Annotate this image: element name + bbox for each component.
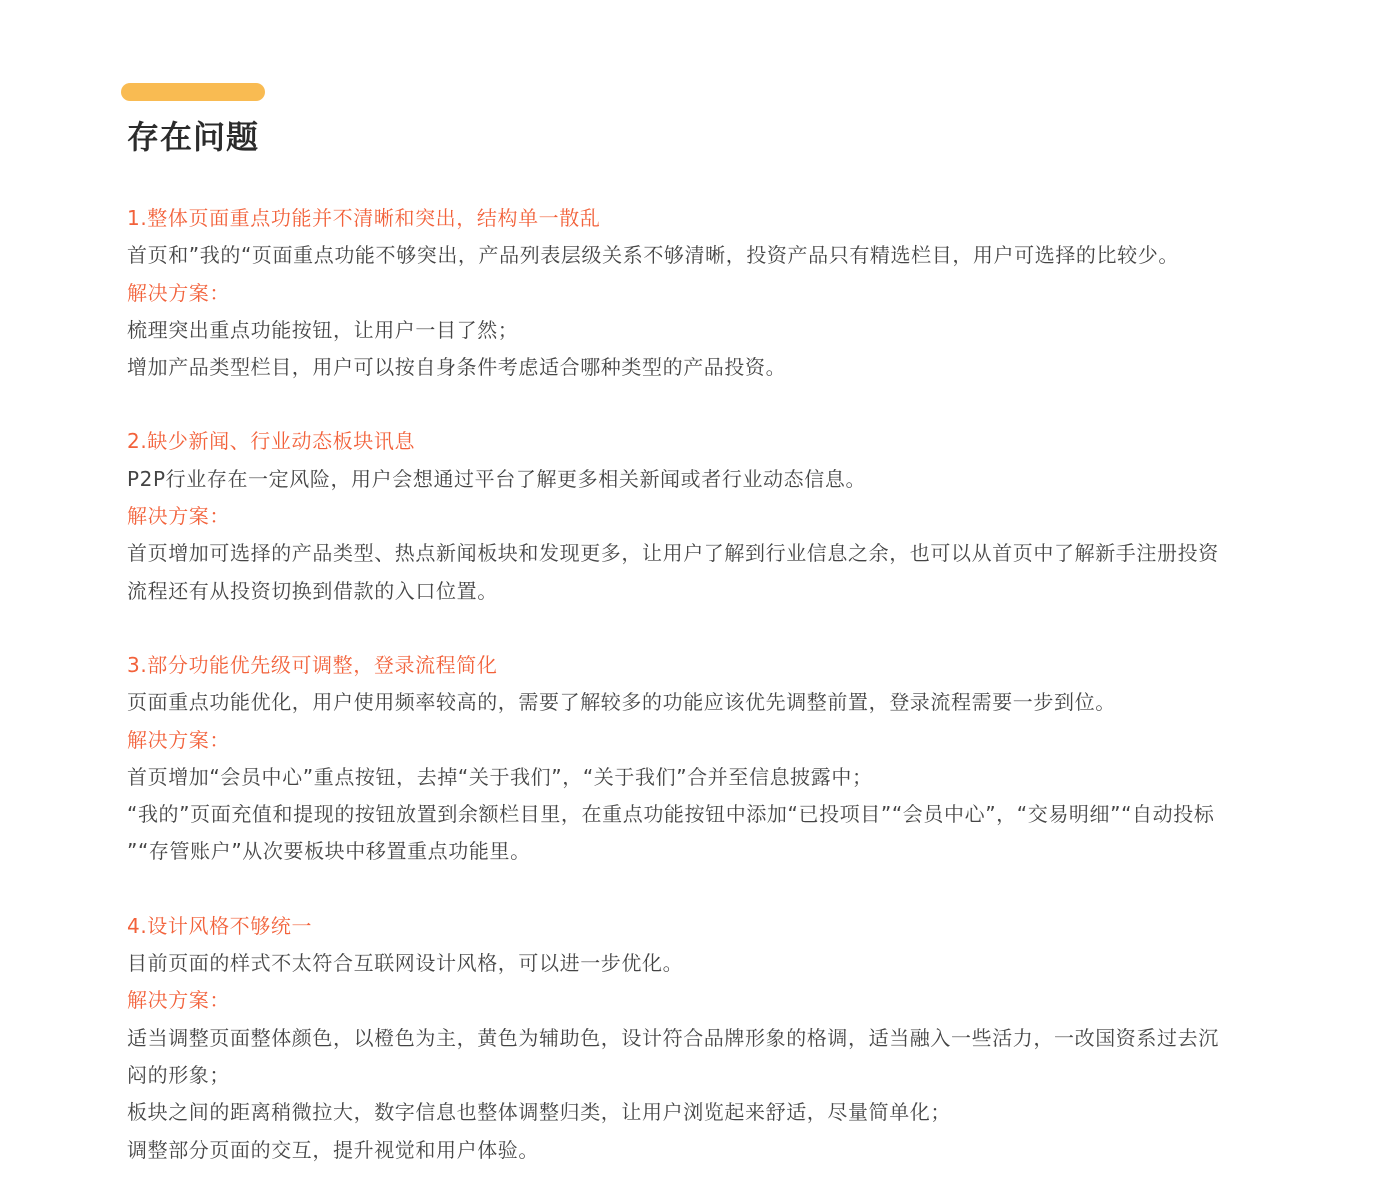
issues-list: 1.整体页面重点功能并不清晰和突出，结构单一散乱 首页和”我的“页面重点功能不够…: [127, 200, 1297, 1199]
issue-section-2: 2.缺少新闻、行业动态板块讯息 P2P行业存在一定风险，用户会想通过平台了解更多…: [127, 423, 1297, 609]
accent-bar: [121, 83, 265, 101]
issue-description: 目前页面的样式不太符合互联网设计风格，可以进一步优化。: [127, 945, 1297, 982]
solution-label: 解决方案：: [127, 498, 1297, 535]
solution-line: ”“存管账户”从次要板块中移置重点功能里。: [127, 833, 1297, 870]
solution-line: 调整部分页面的交互，提升视觉和用户体验。: [127, 1132, 1297, 1169]
issue-description: P2P行业存在一定风险，用户会想通过平台了解更多相关新闻或者行业动态信息。: [127, 461, 1297, 498]
issue-section-3: 3.部分功能优先级可调整，登录流程简化 页面重点功能优化，用户使用频率较高的，需…: [127, 647, 1297, 871]
solution-label: 解决方案：: [127, 722, 1297, 759]
solution-line: 板块之间的距离稍微拉大，数字信息也整体调整归类，让用户浏览起来舒适，尽量简单化；: [127, 1094, 1297, 1131]
issue-heading: 4.设计风格不够统一: [127, 908, 1297, 945]
issue-description: 首页和”我的“页面重点功能不够突出，产品列表层级关系不够清晰，投资产品只有精选栏…: [127, 237, 1297, 274]
issue-description: 页面重点功能优化，用户使用频率较高的，需要了解较多的功能应该优先调整前置，登录流…: [127, 684, 1297, 721]
solution-line: 闷的形象；: [127, 1057, 1297, 1094]
solution-line: 适当调整页面整体颜色，以橙色为主，黄色为辅助色，设计符合品牌形象的格调，适当融入…: [127, 1020, 1297, 1057]
solution-line: “我的”页面充值和提现的按钮放置到余额栏目里，在重点功能按钮中添加“已投项目”“…: [127, 796, 1297, 833]
page-title: 存在问题: [127, 114, 259, 160]
issue-section-1: 1.整体页面重点功能并不清晰和突出，结构单一散乱 首页和”我的“页面重点功能不够…: [127, 200, 1297, 386]
solution-line: 首页增加“会员中心”重点按钮，去掉“关于我们”，“关于我们”合并至信息披露中；: [127, 759, 1297, 796]
issue-heading: 2.缺少新闻、行业动态板块讯息: [127, 423, 1297, 460]
solution-line: 梳理突出重点功能按钮，让用户一目了然；: [127, 312, 1297, 349]
issue-section-4: 4.设计风格不够统一 目前页面的样式不太符合互联网设计风格，可以进一步优化。 解…: [127, 908, 1297, 1169]
solution-line: 流程还有从投资切换到借款的入口位置。: [127, 573, 1297, 610]
solution-line: 首页增加可选择的产品类型、热点新闻板块和发现更多，让用户了解到行业信息之余，也可…: [127, 535, 1297, 572]
solution-line: 增加产品类型栏目，用户可以按自身条件考虑适合哪种类型的产品投资。: [127, 349, 1297, 386]
solution-label: 解决方案：: [127, 275, 1297, 312]
issue-heading: 3.部分功能优先级可调整，登录流程简化: [127, 647, 1297, 684]
issue-heading: 1.整体页面重点功能并不清晰和突出，结构单一散乱: [127, 200, 1297, 237]
solution-label: 解决方案：: [127, 982, 1297, 1019]
